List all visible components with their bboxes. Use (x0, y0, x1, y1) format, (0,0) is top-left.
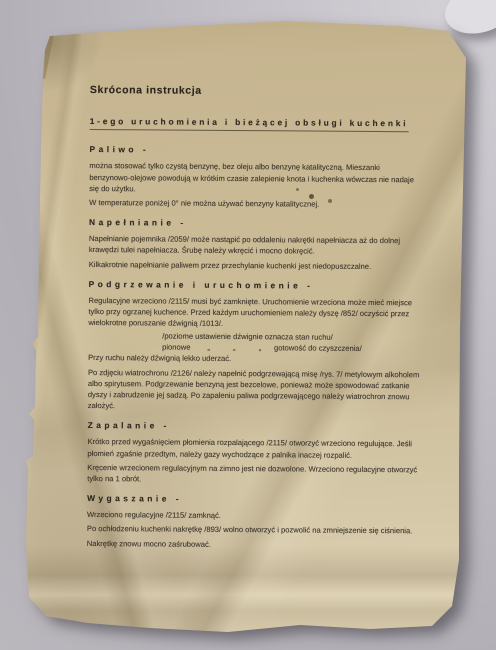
paragraph: Kręcenie wrzecionem regulacyjnym na zimn… (87, 462, 419, 487)
instruction-sheet-paper: Skrócona instrukcja 1-ego uruchomienia i… (0, 0, 496, 650)
section: Napełnianie -Napełnianie pojemnika /2059… (89, 217, 421, 272)
paragraph: można stosować tylko czystą benzynę, bez… (89, 160, 421, 196)
section-heading: Paliwo - (90, 144, 422, 157)
section: Zapalanie -Krótko przed wygaśnięciem pło… (87, 420, 419, 486)
paragraph: Nakrętkę znowu mocno zaśrubować. (87, 538, 419, 552)
paragraph: Krótko przed wygaśnięciem płomienia rozp… (87, 436, 419, 461)
section: Paliwo -można stosować tylko czystą benz… (89, 144, 421, 210)
paragraph: Po zdjęciu wiatrochronu /2126/ należy na… (88, 367, 420, 414)
paragraph: Napełnianie pojemnika /2059/ może nastąp… (89, 233, 421, 258)
document-content: Skrócona instrukcja 1-ego uruchomienia i… (87, 84, 422, 557)
paragraph: Regulacyjne wrzeciono /2115/ musi być za… (88, 295, 420, 331)
paragraph: Wrzeciono regulacyjne /2115/ zamknąć. (87, 509, 419, 523)
section-heading: Podgrzewanie i uruchomienie - (89, 279, 421, 292)
paper-fold-crease (38, 33, 60, 81)
paragraph: W temperaturze poniżej 0° nie można używ… (89, 197, 421, 211)
section: Podgrzewanie i uruchomienie -Regulacyjne… (88, 279, 421, 414)
paragraph: Przy ruchu należy dźwignią lekko uderzać… (88, 352, 420, 366)
section: Wygaszanie -Wrzeciono regulacyjne /2115/… (87, 493, 419, 551)
document-title: Skrócona instrukcja (90, 84, 422, 99)
paragraph: Kilkakrotnie napełnianie paliwem przez p… (89, 259, 421, 273)
document-sections: Paliwo -można stosować tylko czystą benz… (87, 144, 422, 551)
section-heading: Wygaszanie - (87, 493, 419, 506)
section-heading: Zapalanie - (88, 420, 420, 433)
paper-shadow-wrapper: Skrócona instrukcja 1-ego uruchomienia i… (0, 0, 496, 650)
section-heading: Napełnianie - (89, 217, 421, 230)
paragraph: Po ochłodzeniu kuchenki nakrętkę /893/ w… (87, 523, 419, 537)
document-subtitle: 1-ego uruchomienia i bieżącej obsługi ku… (90, 116, 409, 132)
photo-background: { "photo": { "background_color": "#b7b4b… (0, 0, 496, 650)
